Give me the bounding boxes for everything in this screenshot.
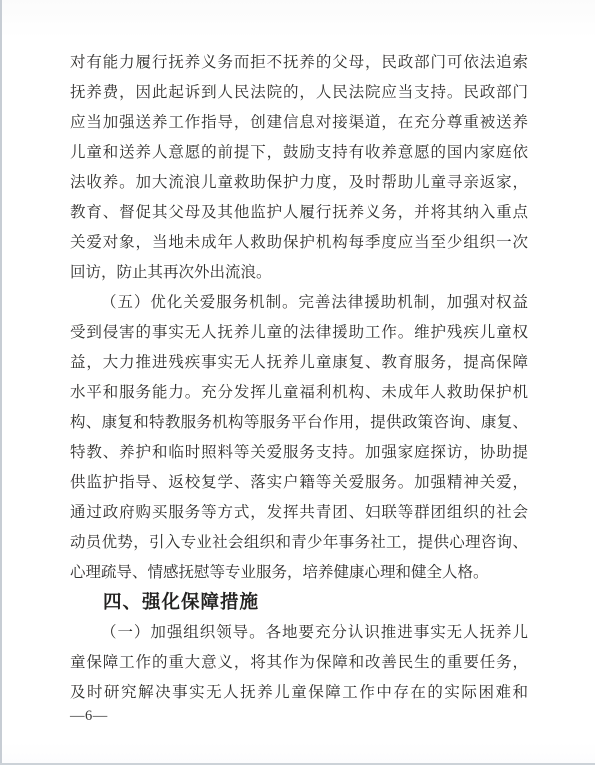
text-line: 关爱对象，当地未成年人救助保护机构每季度应当至少组织一次: [70, 228, 528, 258]
page-number: —6—: [70, 704, 108, 728]
scanned-document-page: 对有能力履行抚养义务而拒不抚养的父母，民政部门可依法追索 抚养费，因此起诉到人民…: [0, 0, 595, 765]
text-line: 动员优势，引入专业社会组织和青少年事务社工，提供心理咨询、: [70, 528, 528, 558]
text-line: 儿童和送养人意愿的前提下，鼓励支持有收养意愿的国内家庭依: [70, 138, 528, 168]
paragraph-start-line: （一）加强组织领导。各地要充分认识推进事实无人抚养儿: [70, 618, 528, 648]
text-line: 应当加强送养工作指导，创建信息对接渠道，在充分尊重被送养: [70, 108, 528, 138]
text-line: 特教、养护和临时照料等关爱服务支持。加强家庭探访，协助提: [70, 438, 528, 468]
text-line: 通过政府购买服务等方式，发挥共青团、妇联等群团组织的社会: [70, 498, 528, 528]
text-line: 抚养费，因此起诉到人民法院的，人民法院应当支持。民政部门: [70, 78, 528, 108]
document-body: 对有能力履行抚养义务而拒不抚养的父母，民政部门可依法追索 抚养费，因此起诉到人民…: [70, 48, 528, 708]
text-line: 法收养。加大流浪儿童救助保护力度，及时帮助儿童寻亲返家，: [70, 168, 528, 198]
section-heading-line: 四、强化保障措施: [70, 588, 528, 618]
text-line: 构、康复和特教服务机构等服务平台作用，提供政策咨询、康复、: [70, 408, 528, 438]
page-left-edge: [0, 0, 2, 765]
text-line: 供监护指导、返校复学、落实户籍等关爱服务。加强精神关爱，: [70, 468, 528, 498]
text-line: 心理疏导、情感抚慰等专业服务，培养健康心理和健全人格。: [70, 558, 528, 588]
text-line: 及时研究解决事实无人抚养儿童保障工作中存在的实际困难和: [70, 678, 528, 708]
text-line: 童保障工作的重大意义，将其作为保障和改善民生的重要任务，: [70, 648, 528, 678]
text-line: 水平和服务能力。充分发挥儿童福利机构、未成年人救助保护机: [70, 378, 528, 408]
text-line: 教育、督促其父母及其他监护人履行抚养义务，并将其纳入重点: [70, 198, 528, 228]
paragraph-start-line: （五）优化关爱服务机制。完善法律援助机制，加强对权益: [70, 288, 528, 318]
text-line: 益，大力推进残疾事实无人抚养儿童康复、教育服务，提高保障: [70, 348, 528, 378]
text-line: 对有能力履行抚养义务而拒不抚养的父母，民政部门可依法追索: [70, 48, 528, 78]
text-line: 回访，防止其再次外出流浪。: [70, 258, 528, 288]
text-line: 受到侵害的事实无人抚养儿童的法律援助工作。维护残疾儿童权: [70, 318, 528, 348]
